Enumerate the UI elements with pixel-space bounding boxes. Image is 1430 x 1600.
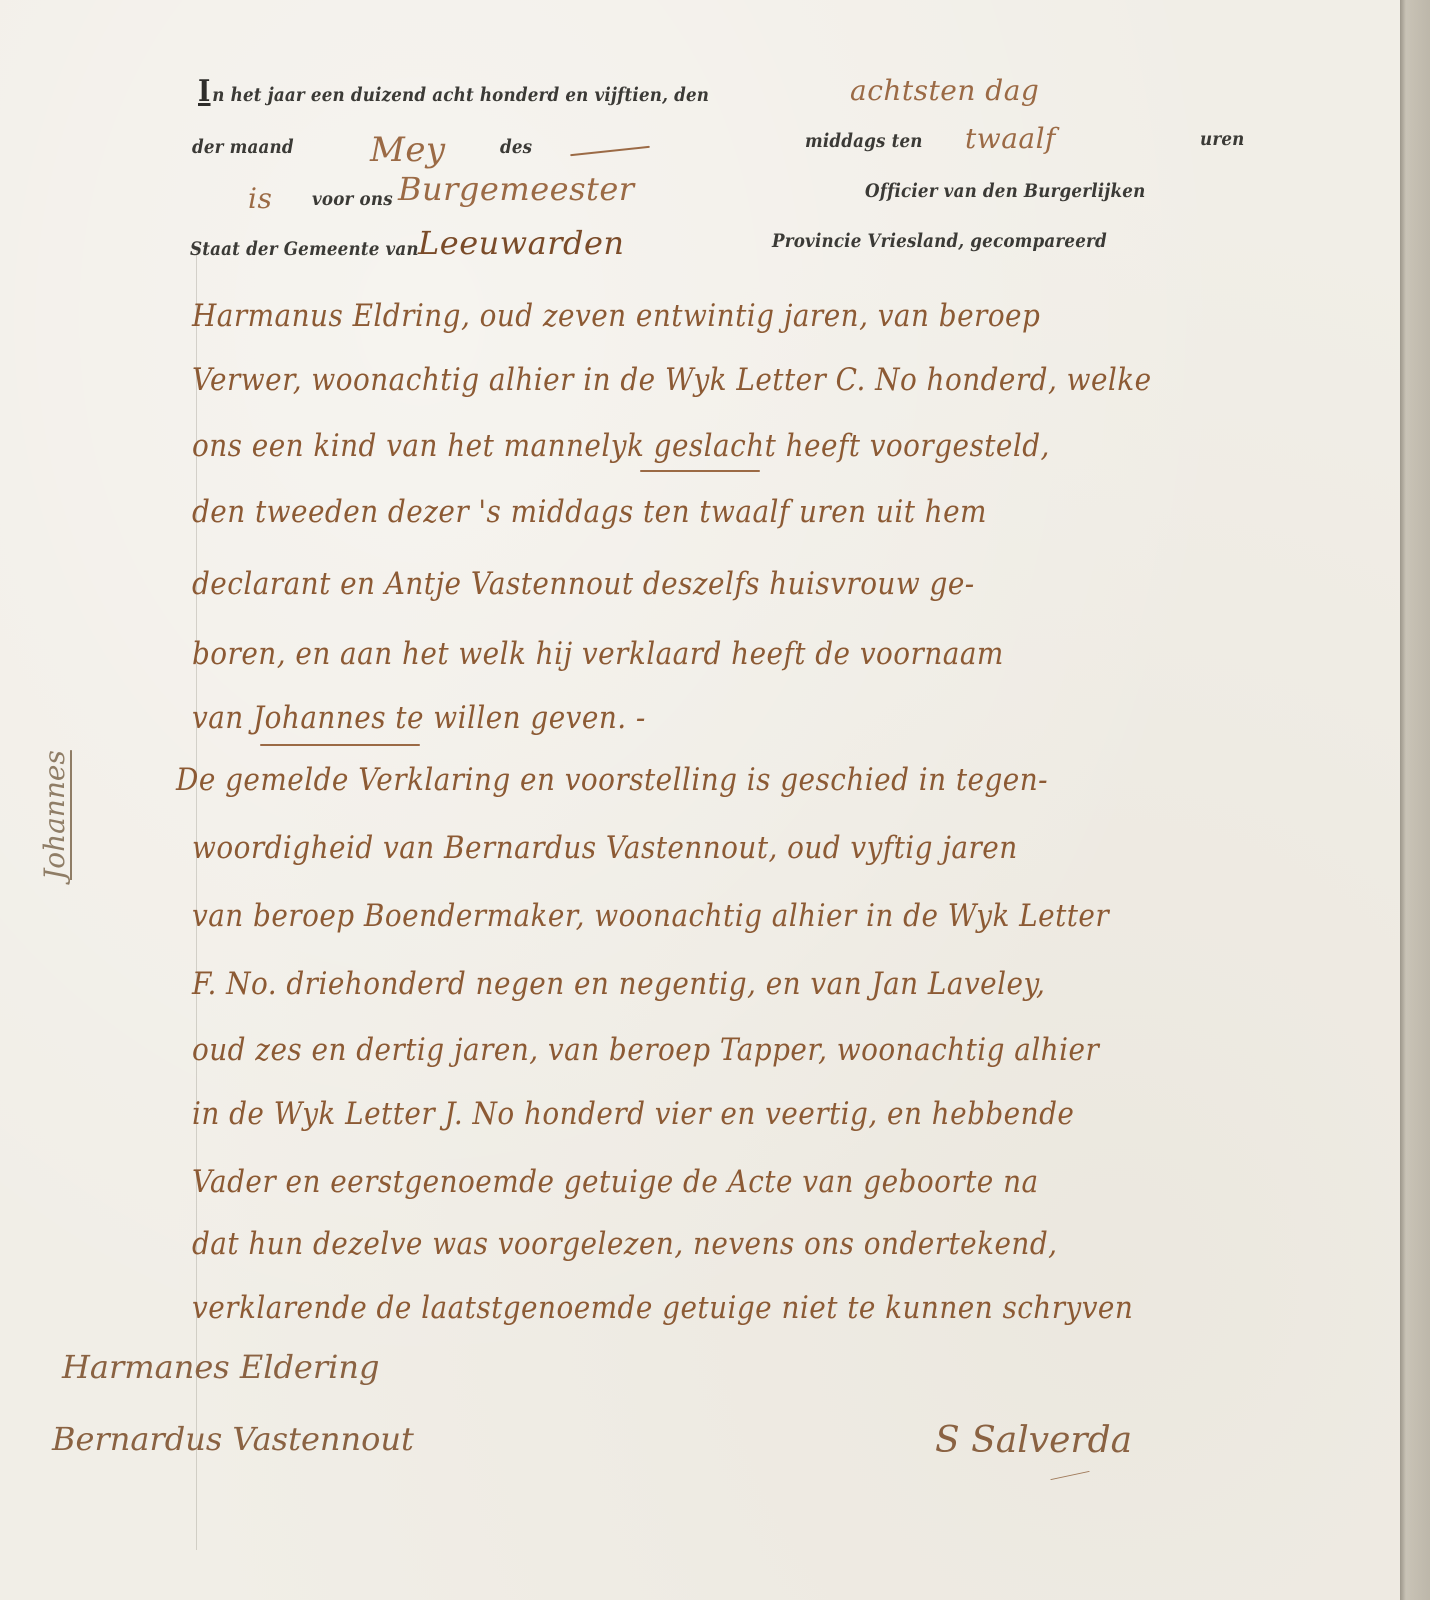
document-page: In het jaar een duizend acht honderd en … — [0, 0, 1400, 1600]
body-line-6: boren, en aan het welk hij verklaard hee… — [192, 636, 1004, 672]
drop-cap: I — [198, 82, 211, 102]
printed-text: n het jaar een duizend acht honderd en v… — [212, 84, 709, 106]
body-line-7: van Johannes te willen geven. - — [192, 700, 646, 736]
printed-staat-der-gemeente: Staat der Gemeente van — [190, 238, 419, 260]
filled-official: Burgemeester — [398, 170, 635, 208]
filled-municipality: Leeuwarden — [418, 224, 625, 262]
body-line-14: Vader en eerstgenoemde getuige de Acte v… — [192, 1164, 1039, 1200]
book-gutter — [1400, 0, 1430, 1600]
printed-uren: uren — [1200, 128, 1244, 150]
underline-johannes — [260, 744, 420, 746]
body-line-12: oud zes en dertig jaren, van beroep Tapp… — [192, 1032, 1099, 1068]
body-line-10: van beroep Boendermaker, woonachtig alhi… — [192, 898, 1109, 934]
filled-month: Mey — [370, 130, 446, 170]
body-line-15: dat hun dezelve was voorgelezen, nevens … — [192, 1226, 1057, 1262]
underline-mannelyk — [640, 470, 760, 472]
body-line-2: Verwer, woonachtig alhier in de Wyk Lett… — [192, 362, 1152, 398]
printed-des: des — [500, 136, 532, 158]
filled-is: is — [248, 182, 272, 215]
body-line-8: De gemelde Verklaring en voorstelling is… — [176, 762, 1048, 798]
filled-hour: twaalf — [965, 122, 1056, 155]
body-line-16: verklarende de laatstgenoemde getuige ni… — [192, 1290, 1133, 1326]
signature-flourish — [1050, 1471, 1089, 1480]
filled-part-of-day-dash — [570, 146, 650, 156]
printed-officier: Officier van den Burgerlijken — [865, 180, 1145, 202]
body-line-3: ons een kind van het mannelyk geslacht h… — [192, 428, 1050, 464]
body-line-3-text: ons een kind van het mannelyk geslacht h… — [192, 428, 1050, 464]
margin-note-name: Johannes — [38, 750, 71, 880]
body-line-13: in de Wyk Letter J. No honderd vier en v… — [192, 1096, 1074, 1132]
body-line-5: declarant en Antje Vastennout deszelfs h… — [192, 566, 975, 602]
body-line-9: woordigheid van Bernardus Vastennout, ou… — [192, 830, 1018, 866]
printed-middags-ten: middags ten — [805, 130, 923, 152]
signature-father: Harmanes Eldering — [62, 1348, 379, 1386]
printed-provincie: Provincie Vriesland, gecompareerd — [772, 230, 1107, 252]
filled-day: achtsten dag — [850, 74, 1039, 107]
body-line-1: Harmanus Eldring, oud zeven entwintig ja… — [192, 298, 1040, 334]
signature-official: S Salverda — [935, 1420, 1132, 1461]
body-line-11: F. No. driehonderd negen en negentig, en… — [192, 966, 1045, 1002]
body-line-4: den tweeden dezer 's middags ten twaalf … — [192, 494, 987, 530]
printed-der-maand: der maand — [192, 136, 294, 158]
printed-line-1: In het jaar een duizend acht honderd en … — [198, 82, 709, 106]
printed-voor-ons: voor ons — [312, 188, 393, 210]
signature-witness: Bernardus Vastennout — [52, 1420, 414, 1458]
